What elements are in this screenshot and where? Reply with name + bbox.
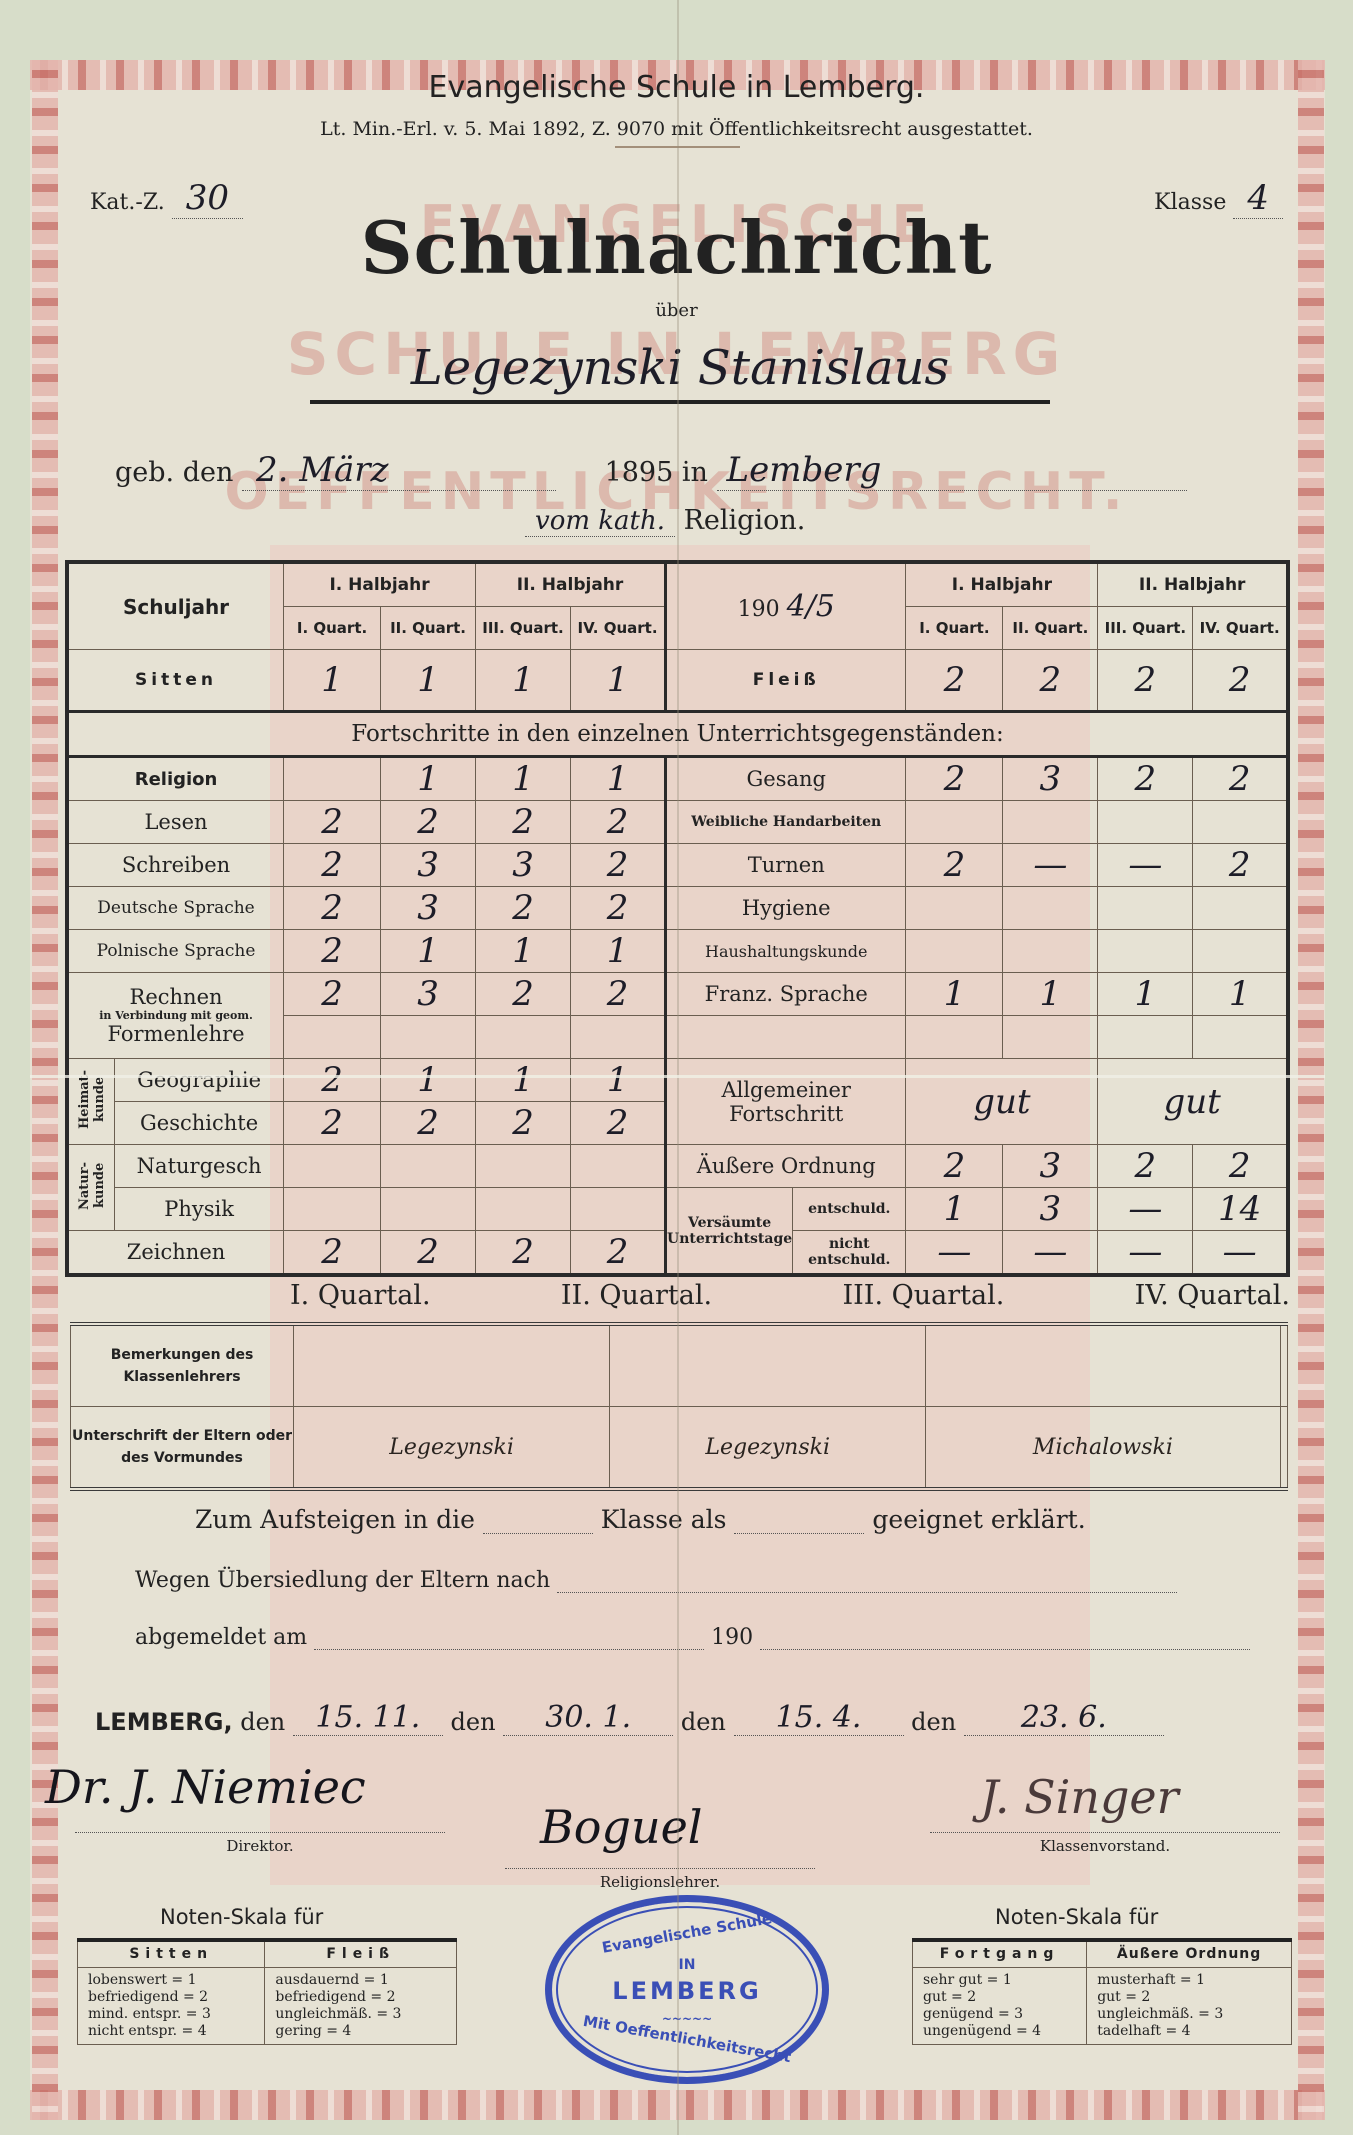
scale-item: nicht entspr. = 4 <box>88 2023 254 2040</box>
year-label: 190 <box>738 597 780 622</box>
quartal-headers: I. Quartal. II. Quartal. III. Quartal. I… <box>290 1280 1290 1311</box>
absence-excused: 1 <box>906 1188 1003 1231</box>
absence-excused: — <box>1098 1188 1193 1231</box>
empty-cell <box>1193 1016 1288 1059</box>
subject-grade <box>1003 887 1098 930</box>
remark-cell <box>926 1324 1280 1407</box>
subject-grade: 1 <box>571 930 666 973</box>
subject-grade: 3 <box>381 973 476 1016</box>
scale-item: lobenswert = 1 <box>88 1972 254 1989</box>
subject-grade <box>571 1145 666 1188</box>
date-line: LEMBERG, den 15. 11. den 30. 1. den 15. … <box>95 1700 1245 1736</box>
scale-item: befriedigend = 2 <box>88 1989 254 2006</box>
subject-grade <box>381 1188 476 1231</box>
scale-items: ausdauernd = 1 befriedigend = 2 ungleich… <box>265 1968 457 2045</box>
subject-grade: 1 <box>1098 973 1193 1016</box>
subject-grade: 2 <box>381 801 476 844</box>
fleiss-label: Fleiß <box>666 650 906 712</box>
scale-item: ungenügend = 4 <box>923 2023 1076 2040</box>
quartal-label: I. Quartal. <box>290 1280 431 1311</box>
subject-label-rechnen: Rechnen in Verbindung mit geom. Formenle… <box>67 973 284 1059</box>
subject-grade: 2 <box>284 844 381 887</box>
fleiss-grade: 2 <box>1098 650 1193 712</box>
fleiss-grade: 2 <box>906 650 1003 712</box>
subject-sublabel: Formenlehre <box>69 1022 283 1046</box>
subject-grade: — <box>1003 844 1098 887</box>
subject-grade: 2 <box>1193 844 1288 887</box>
quarter-header: III. Quart. <box>476 607 571 650</box>
subject-grade <box>284 1188 381 1231</box>
parent-signature <box>1280 1407 1287 1490</box>
subject-grade: 2 <box>284 1231 381 1276</box>
subject-label: Hygiene <box>666 887 906 930</box>
heimatkunde-group: Heimat-kunde <box>67 1059 115 1145</box>
remarks-table: Bemerkungen des Klassenlehrers Unterschr… <box>70 1322 1288 1491</box>
subject-grade: 2 <box>284 887 381 930</box>
sitten-grade: 1 <box>476 650 571 712</box>
subject-grade: 2 <box>476 801 571 844</box>
klassen-signature: J. Singer <box>980 1770 1179 1824</box>
fleiss-grade: 2 <box>1003 650 1098 712</box>
subject-label: Geschichte <box>115 1102 284 1145</box>
subject-grade: 2 <box>571 1102 666 1145</box>
empty-cell <box>571 1016 666 1059</box>
halbjahr-1-right: I. Halbjahr <box>906 562 1098 607</box>
subject-grade: 1 <box>381 1059 476 1102</box>
empty-cell <box>381 1016 476 1059</box>
paper-fold-vertical <box>677 0 679 2135</box>
halbjahr-2-left: II. Halbjahr <box>476 562 666 607</box>
subject-grade: 2 <box>476 973 571 1016</box>
heimatkunde-label: Heimat-kunde <box>77 1057 107 1142</box>
absence-excused: 3 <box>1003 1188 1098 1231</box>
scale-item: tadelhaft = 4 <box>1097 2023 1281 2040</box>
date-q4: 23. 6. <box>964 1700 1164 1736</box>
subject-grade <box>1193 801 1288 844</box>
absence-label: Versäumte Unterrichtstage <box>666 1188 793 1276</box>
geb-label: geb. den <box>115 457 233 488</box>
quarter-header: II. Quart. <box>381 607 476 650</box>
sitten-grade: 1 <box>284 650 381 712</box>
subject-grade <box>1098 930 1193 973</box>
quarter-header: III. Quart. <box>1098 607 1193 650</box>
direktor-label: Direktor. <box>75 1832 445 1855</box>
subject-label: Allgemeiner Fortschritt <box>666 1059 906 1145</box>
den-label: den <box>240 1708 285 1736</box>
schuljahr-label: Schuljahr <box>67 562 284 650</box>
absence-unexcused: — <box>906 1231 1003 1276</box>
school-stamp: Evangelische Schule IN LEMBERG ~~~~~ Mit… <box>545 1895 829 2084</box>
subject-grade: 2 <box>284 801 381 844</box>
empty-cell <box>666 1016 906 1059</box>
aufsteigen-text-3: geeignet erklärt. <box>872 1505 1085 1534</box>
subject-label: Turnen <box>666 844 906 887</box>
subject-grade: 2 <box>476 1102 571 1145</box>
subject-label: Haushaltungskunde <box>666 930 906 973</box>
birth-line: geb. den 2. März 1895 in Lemberg <box>115 450 1235 491</box>
subject-grade: 3 <box>1003 1145 1098 1188</box>
subject-label: Polnische Sprache <box>67 930 284 973</box>
scale-item: gut = 2 <box>923 1989 1076 2006</box>
unterschrift-label: Unterschrift der Eltern oder des Vormund… <box>71 1407 294 1490</box>
subject-grade: 3 <box>476 844 571 887</box>
quartal-label: II. Quartal. <box>561 1280 712 1311</box>
scale-items: lobenswert = 1 befriedigend = 2 mind. en… <box>78 1968 265 2045</box>
subject-grade: 2 <box>571 801 666 844</box>
subject-grade <box>476 1145 571 1188</box>
scale-item: ungleichmäß. = 3 <box>275 2006 446 2023</box>
subject-label: Gesang <box>666 757 906 801</box>
birth-day: 2. März <box>242 450 556 491</box>
naturkunde-label: Natur-kunde <box>77 1143 107 1228</box>
stamp-line: LEMBERG <box>552 1977 822 2005</box>
absence-unexcused: — <box>1098 1231 1193 1276</box>
subject-grade: 1 <box>476 930 571 973</box>
quarter-header: IV. Quart. <box>571 607 666 650</box>
sitten-grade: 1 <box>381 650 476 712</box>
subject-grade: 1 <box>476 757 571 801</box>
subject-grade <box>1193 930 1288 973</box>
year-value: 4/5 <box>787 589 835 624</box>
scale-item: gut = 2 <box>1097 1989 1281 2006</box>
subject-sublabel: in Verbindung mit geom. <box>69 1009 283 1022</box>
scale-item: mind. entspr. = 3 <box>88 2006 254 2023</box>
quartal-label: III. Quartal. <box>842 1280 1004 1311</box>
klassen-label: Klassenvorstand. <box>930 1832 1280 1855</box>
scale-title-right: Noten-Skala für <box>995 1905 1158 1929</box>
birth-place: Lemberg <box>717 450 1187 491</box>
subject-grade: 3 <box>381 887 476 930</box>
quarter-header: I. Quart. <box>284 607 381 650</box>
subject-grade <box>1003 801 1098 844</box>
empty-cell <box>1098 1016 1193 1059</box>
parent-signature: Legezynski <box>610 1407 926 1490</box>
empty-cell <box>906 1016 1003 1059</box>
empty-cell <box>476 1016 571 1059</box>
date-q1: 15. 11. <box>293 1700 443 1736</box>
subject-grade: 2 <box>284 1059 381 1102</box>
aufsteigen-text-2: Klasse als <box>601 1505 727 1534</box>
subject-grade: 2 <box>571 1231 666 1276</box>
school-year: 190 4/5 <box>666 562 906 650</box>
halbjahr-1-left: I. Halbjahr <box>284 562 476 607</box>
subject-grade: 1 <box>1193 973 1288 1016</box>
absence-unexcused: — <box>1003 1231 1098 1276</box>
subject-grade: 3 <box>381 844 476 887</box>
subject-grade: 2 <box>571 973 666 1016</box>
scale-item: genügend = 3 <box>923 2006 1076 2023</box>
subject-grade: 2 <box>284 973 381 1016</box>
empty-cell <box>1003 1016 1098 1059</box>
aufsteigen-line: Zum Aufsteigen in die Klasse als geeigne… <box>195 1505 1086 1534</box>
general-progress-grade: gut <box>1098 1059 1288 1145</box>
subject-label: Franz. Sprache <box>666 973 906 1016</box>
abgemeldet-year-blank <box>760 1649 1250 1650</box>
subject-label: Zeichnen <box>67 1231 284 1276</box>
subject-grade <box>284 1145 381 1188</box>
den-label: den <box>681 1708 726 1736</box>
religion-label: Religionslehrer. <box>505 1868 815 1891</box>
birth-year: 1895 <box>605 457 674 488</box>
subject-grade <box>381 1145 476 1188</box>
subject-grade <box>571 1188 666 1231</box>
sitten-label: Sitten <box>67 650 284 712</box>
subject-grade: 2 <box>1193 1145 1288 1188</box>
scale-items: musterhaft = 1 gut = 2 ungleichmäß. = 3 … <box>1087 1968 1292 2045</box>
remark-cell <box>610 1324 926 1407</box>
subject-grade <box>284 757 381 801</box>
absence-excused-label: entschuld. <box>793 1188 906 1231</box>
in-label: in <box>682 457 708 488</box>
den-label: den <box>911 1708 956 1736</box>
abgemeldet-year: 190 <box>711 1625 753 1650</box>
naturkunde-group: Natur-kunde <box>67 1145 115 1231</box>
subject-grade: 1 <box>476 1059 571 1102</box>
subject-grade: — <box>1098 844 1193 887</box>
subject-grade <box>1098 801 1193 844</box>
subject-grade: 2 <box>284 1102 381 1145</box>
subject-grade <box>906 801 1003 844</box>
subject-grade: 2 <box>906 1145 1003 1188</box>
subject-grade: 2 <box>1098 757 1193 801</box>
scale-header: Fortgang <box>913 1940 1087 1968</box>
scale-item: ausdauernd = 1 <box>275 1972 446 1989</box>
scale-header: Fleiß <box>265 1940 457 1968</box>
subject-grade: 2 <box>906 757 1003 801</box>
student-name: Legezynski Stanislaus <box>310 340 1050 404</box>
subject-grade: 1 <box>571 757 666 801</box>
subject-grade <box>1003 930 1098 973</box>
subject-label: Naturgesch <box>115 1145 284 1188</box>
subject-grade: 1 <box>1003 973 1098 1016</box>
subject-grade: 1 <box>381 930 476 973</box>
fleiss-grade: 2 <box>1193 650 1288 712</box>
scale-items: sehr gut = 1 gut = 2 genügend = 3 ungenü… <box>913 1968 1087 2045</box>
subject-label: Deutsche Sprache <box>67 887 284 930</box>
direktor-signature: Dr. J. Niemiec <box>45 1760 366 1814</box>
subject-grade: 3 <box>1003 757 1098 801</box>
empty-cell <box>284 1016 381 1059</box>
subject-label: Rechnen <box>69 985 283 1009</box>
subject-grade: 2 <box>906 844 1003 887</box>
quartal-label: IV. Quartal. <box>1135 1280 1290 1311</box>
bemerkungen-label: Bemerkungen des Klassenlehrers <box>71 1324 294 1407</box>
absence-unexcused: — <box>1193 1231 1288 1276</box>
subject-label: Lesen <box>67 801 284 844</box>
quarter-header: I. Quart. <box>906 607 1003 650</box>
date-q2: 30. 1. <box>503 1700 673 1736</box>
subject-grade: 2 <box>381 1231 476 1276</box>
scale-item: sehr gut = 1 <box>923 1972 1076 1989</box>
general-progress-grade: gut <box>906 1059 1098 1145</box>
abgemeldet-blank <box>314 1649 704 1650</box>
uebersiedlung-text: Wegen Übersiedlung der Eltern nach <box>135 1568 550 1593</box>
abgemeldet-text: abgemeldet am <box>135 1625 307 1650</box>
klasse-blank <box>483 1533 593 1534</box>
grade-blank <box>734 1533 864 1534</box>
subject-grade: 2 <box>476 887 571 930</box>
subject-label: Äußere Ordnung <box>666 1145 906 1188</box>
scale-title-left: Noten-Skala für <box>160 1905 323 1929</box>
subject-grade: 2 <box>1098 1145 1193 1188</box>
religion-label: Religion. <box>684 505 806 536</box>
scale-item: musterhaft = 1 <box>1097 1972 1281 1989</box>
den-label: den <box>451 1708 496 1736</box>
subject-grade: 1 <box>571 1059 666 1102</box>
absence-excused: 14 <box>1193 1188 1288 1231</box>
subject-grade <box>906 930 1003 973</box>
uebersiedlung-line: Wegen Übersiedlung der Eltern nach <box>135 1568 1177 1593</box>
aufsteigen-text-1: Zum Aufsteigen in die <box>195 1505 475 1534</box>
subject-grade: 1 <box>381 757 476 801</box>
subject-grade: 2 <box>476 1231 571 1276</box>
subject-label: Physik <box>115 1188 284 1231</box>
scale-header: Äußere Ordnung <box>1087 1940 1292 1968</box>
abgemeldet-line: abgemeldet am 190 <box>135 1625 1250 1650</box>
subject-label: Religion <box>67 757 284 801</box>
remark-cell <box>294 1324 610 1407</box>
subject-grade: 2 <box>1193 757 1288 801</box>
quarter-header: IV. Quart. <box>1193 607 1288 650</box>
stamp-line: IN <box>552 1957 822 1973</box>
scale-item: ungleichmäß. = 3 <box>1097 2006 1281 2023</box>
subject-label: Geographie <box>115 1059 284 1102</box>
remark-cell <box>1280 1324 1287 1407</box>
uebersiedlung-blank <box>557 1592 1177 1593</box>
subject-grade: 1 <box>906 973 1003 1016</box>
subject-grade: 2 <box>381 1102 476 1145</box>
place-label: LEMBERG, <box>95 1708 233 1736</box>
subject-grade <box>1193 887 1288 930</box>
subject-grade <box>906 887 1003 930</box>
subject-grade: 2 <box>284 930 381 973</box>
subject-label: Weibliche Handarbeiten <box>666 801 906 844</box>
grade-scale-right: Fortgang Äußere Ordnung sehr gut = 1 gut… <box>912 1938 1292 2045</box>
paper-fold-horizontal <box>30 1075 1325 1078</box>
date-q3: 15. 4. <box>734 1700 904 1736</box>
parent-signature: Michalowski <box>926 1407 1280 1490</box>
grade-scale-left: Sitten Fleiß lobenswert = 1 befriedigend… <box>77 1938 457 2045</box>
quarter-header: II. Quart. <box>1003 607 1098 650</box>
subject-grade: 2 <box>571 887 666 930</box>
religion-value: vom kath. <box>525 506 675 537</box>
religion-line: vom kath. Religion. <box>525 505 805 536</box>
sitten-grade: 1 <box>571 650 666 712</box>
subject-label: Schreiben <box>67 844 284 887</box>
subject-grade: 2 <box>571 844 666 887</box>
halbjahr-2-right: II. Halbjahr <box>1098 562 1288 607</box>
scale-item: gering = 4 <box>275 2023 446 2040</box>
scale-header: Sitten <box>78 1940 265 1968</box>
absence-unexcused-label: nicht entschuld. <box>793 1231 906 1276</box>
subject-grade <box>1098 887 1193 930</box>
scale-item: befriedigend = 2 <box>275 1989 446 2006</box>
subject-grade <box>476 1188 571 1231</box>
parent-signature: Legezynski <box>294 1407 610 1490</box>
